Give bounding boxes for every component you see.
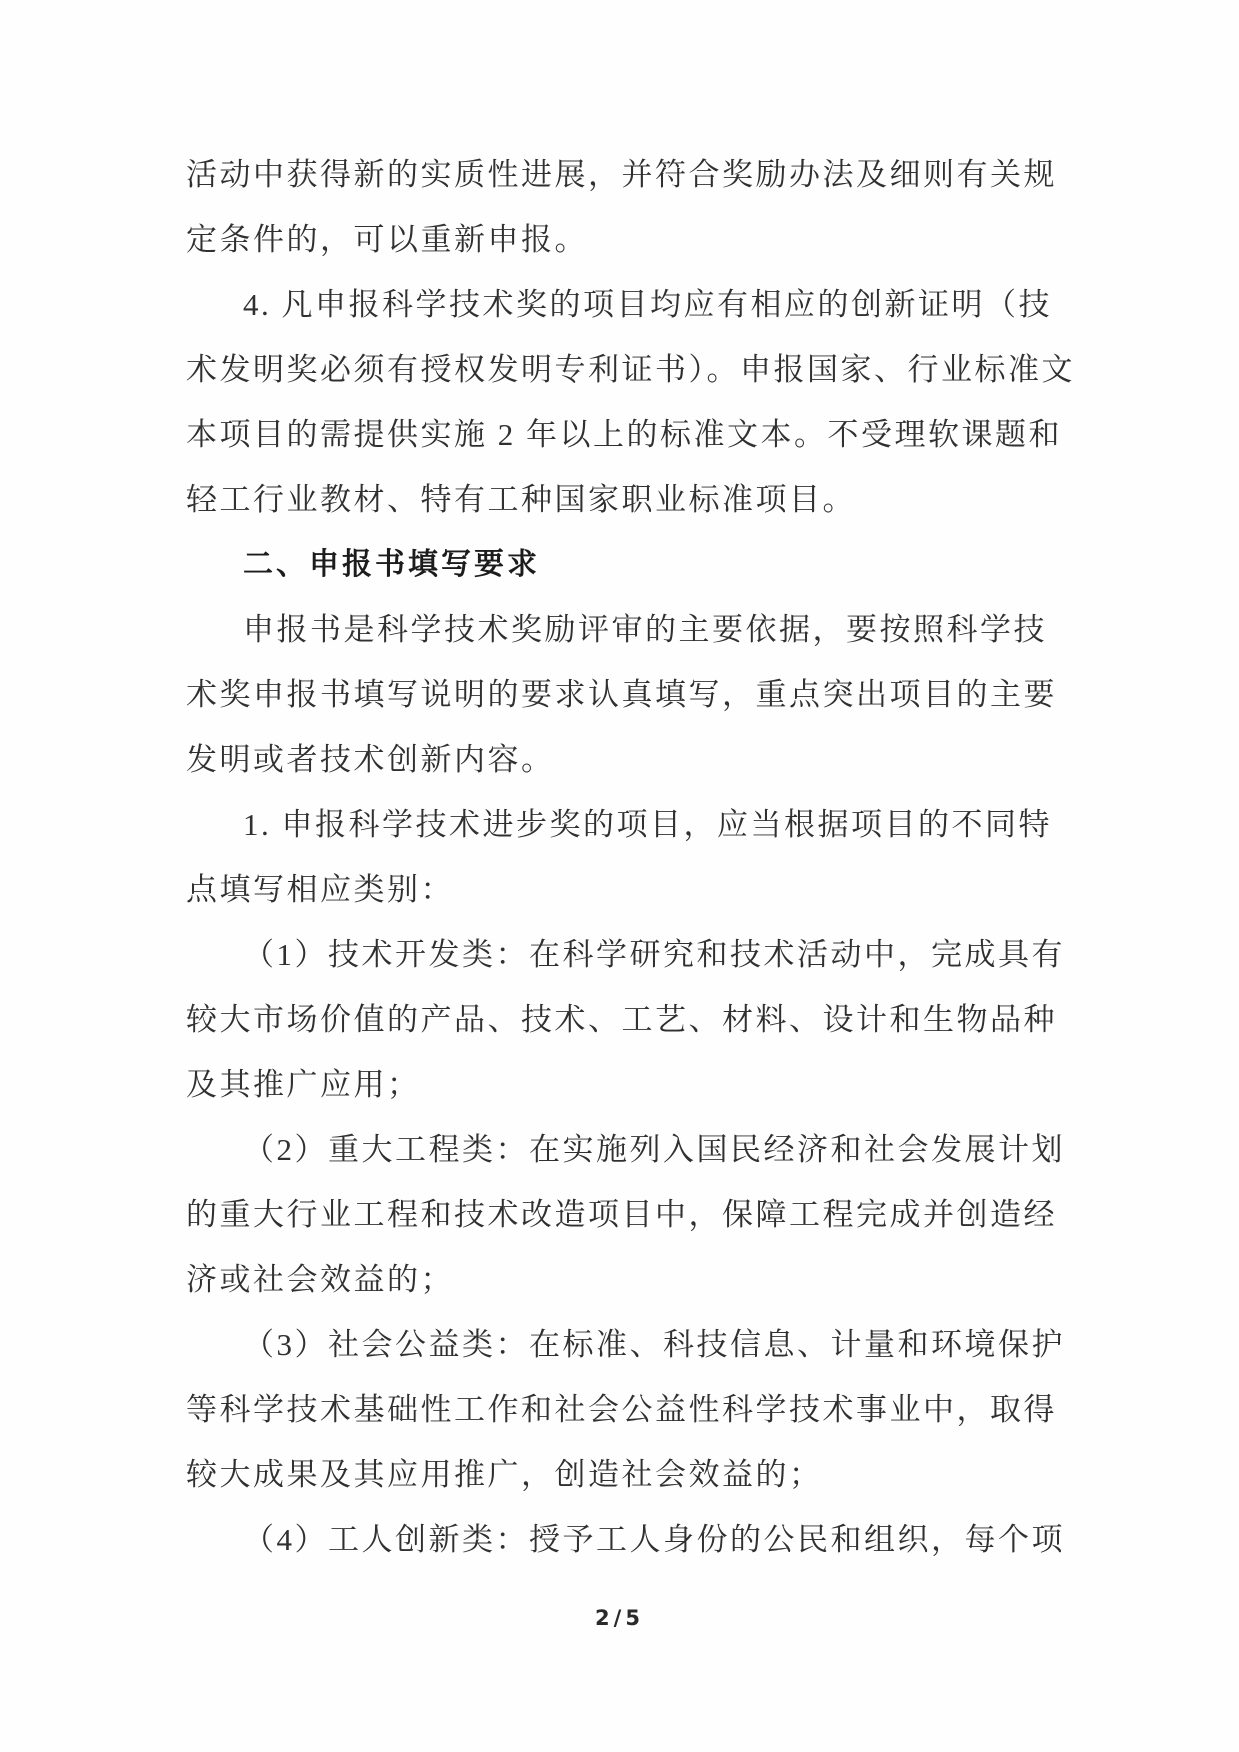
- text-line: 1. 申报科学技术进步奖的项目，应当根据项目的不同特: [186, 792, 1096, 857]
- text-line: 较大成果及其应用推广，创造社会效益的；: [186, 1442, 1096, 1507]
- text-line: 及其推广应用；: [186, 1052, 1096, 1117]
- text-line: （1）技术开发类：在科学研究和技术活动中，完成具有: [186, 922, 1096, 987]
- text-line: 轻工行业教材、特有工种国家职业标准项目。: [186, 467, 1096, 532]
- text-line: 较大市场价值的产品、技术、工艺、材料、设计和生物品种: [186, 987, 1096, 1052]
- text-line: 术奖申报书填写说明的要求认真填写，重点突出项目的主要: [186, 662, 1096, 727]
- text-line: 申报书是科学技术奖励评审的主要依据，要按照科学技: [186, 597, 1096, 662]
- text-line: 济或社会效益的；: [186, 1247, 1096, 1312]
- scanned-document-page: 活动中获得新的实质性进展，并符合奖励办法及细则有关规定条件的，可以重新申报。4.…: [0, 0, 1239, 1752]
- text-line: 发明或者技术创新内容。: [186, 727, 1096, 792]
- text-line: （3）社会公益类：在标准、科技信息、计量和环境保护: [186, 1312, 1096, 1377]
- section-heading: 二、申报书填写要求: [186, 532, 1096, 597]
- document-body: 活动中获得新的实质性进展，并符合奖励办法及细则有关规定条件的，可以重新申报。4.…: [186, 142, 1096, 1572]
- text-line: 点填写相应类别：: [186, 857, 1096, 922]
- text-line: 4. 凡申报科学技术奖的项目均应有相应的创新证明（技: [186, 272, 1096, 337]
- text-line: 术发明奖必须有授权发明专利证书）。申报国家、行业标准文: [186, 337, 1096, 402]
- text-line: （2）重大工程类：在实施列入国民经济和社会发展计划: [186, 1117, 1096, 1182]
- text-line: 等科学技术基础性工作和社会公益性科学技术事业中，取得: [186, 1377, 1096, 1442]
- text-line: （4）工人创新类：授予工人身份的公民和组织，每个项: [186, 1507, 1096, 1572]
- text-line: 本项目的需提供实施 2 年以上的标准文本。不受理软课题和: [186, 402, 1096, 467]
- text-line: 的重大行业工程和技术改造项目中，保障工程完成并创造经: [186, 1182, 1096, 1247]
- text-line: 活动中获得新的实质性进展，并符合奖励办法及细则有关规: [186, 142, 1096, 207]
- page-number: 2/5: [0, 1598, 1239, 1638]
- text-line: 定条件的，可以重新申报。: [186, 207, 1096, 272]
